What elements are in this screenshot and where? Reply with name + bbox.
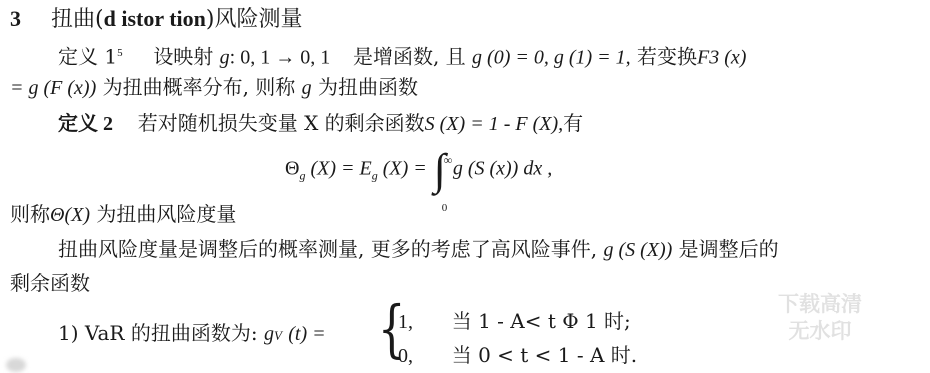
integral-upper-limit: ∞	[444, 140, 453, 180]
section-heading: 3 扭曲(d istor tion)风险测量	[10, 6, 302, 33]
mapping-expr: : 0, 1 → 0, 1	[230, 47, 331, 69]
para-1-text-a: 则称	[10, 202, 50, 226]
definition-1-line2-end: 为扭曲函数	[318, 75, 418, 99]
definition-1: 定义 15 设映射 g: 0, 1 → 0, 1 是增函数, 且 g (0) =…	[58, 40, 746, 71]
section-title-suffix: )风险测量	[206, 7, 303, 32]
theta-symbol: Θ	[285, 158, 299, 180]
adjusted-survival-expr: g (S (X))	[603, 239, 672, 261]
para-2-line2: 剩余函数	[10, 271, 90, 295]
integral-sign: ∫ ∞ 0	[434, 150, 446, 190]
g-v-symbol: g	[264, 323, 274, 345]
section-number: 3	[10, 6, 21, 31]
section-title-latin: d istor tion	[104, 6, 206, 31]
paragraph-risk-measure: 则称Θ(X) 为扭曲风险度量	[10, 201, 236, 228]
case-1: 1, 当 1 - A< t Φ 1 时;	[398, 305, 631, 334]
definition-1-text-b: 是增函数, 且	[353, 45, 466, 69]
para-2-line1-text: 扭曲风险度量是调整后的概率测量, 更多的考虑了高风险事件,	[58, 237, 597, 261]
definition-1-text-a: 设映射	[153, 45, 213, 69]
para-2-line1-end: 是调整后的	[679, 237, 779, 261]
section-title-prefix: 扭曲(	[51, 7, 104, 32]
formula-mid: (X) =	[383, 158, 432, 180]
transform-expr: F3 (x)	[697, 47, 746, 69]
formula-lhs: (X) =	[310, 158, 359, 180]
function-arg: (t) =	[288, 323, 325, 345]
definition-2-end: 有	[563, 111, 583, 135]
scan-artifact	[6, 358, 26, 372]
case-1-condition: 当 1 - A< t Φ 1 时;	[452, 309, 631, 333]
paragraph-explanation: 扭曲风险度量是调整后的概率测量, 更多的考虑了高风险事件, g (S (X)) …	[58, 236, 779, 263]
g-symbol: g	[220, 47, 230, 69]
definition-2: 定义 2 若对随机损失变量 X 的剩余函数S (X) = 1 - F (X),有	[58, 110, 583, 137]
boundary-conditions: g (0) = 0, g (1) = 1,	[472, 47, 631, 69]
watermark-line-1: 下载高清	[778, 291, 862, 318]
watermark-line-2: 无水印	[778, 318, 862, 345]
definition-2-text: 若对随机损失变量 X 的剩余函数	[138, 111, 425, 135]
case-2-condition: 当 0 < t < 1 - A 时.	[452, 343, 637, 367]
definition-1-continued: = g (F (x)) 为扭曲概率分布, 则称 g 为扭曲函数	[10, 74, 418, 101]
integral-lower-limit: 0	[442, 188, 448, 228]
item-1-label: 1) VaR 的扭曲函数为:	[58, 321, 258, 345]
theta-expr: Θ(X)	[50, 204, 90, 226]
expectation-symbol: E	[360, 158, 372, 180]
definition-1-text-c: 若变换	[637, 45, 697, 69]
var-distortion-label: 1) VaR 的扭曲函数为: gV (t) =	[58, 320, 326, 349]
watermark: 下载高清 无水印	[778, 291, 862, 345]
theta-subscript: g	[299, 169, 305, 183]
g-v-subscript: V	[274, 328, 282, 343]
distorted-distribution-expr: = g (F (x))	[10, 77, 96, 99]
definition-1-line2-text: 为扭曲概率分布, 则称	[103, 75, 296, 99]
para-1-text-b: 为扭曲风险度量	[96, 202, 236, 226]
definition-1-label: 定义 1	[58, 45, 117, 69]
case-2-value: 0,	[398, 345, 413, 367]
definition-2-label: 定义 2	[58, 113, 113, 135]
case-1-value: 1,	[398, 311, 413, 333]
distortion-risk-formula: Θg (X) = Eg (X) = ∫ ∞ 0 g (S (x)) dx ,	[285, 150, 552, 190]
g-symbol: g	[302, 77, 312, 99]
integrand: g (S (x)) dx ,	[453, 158, 552, 180]
case-2: 0, 当 0 < t < 1 - A 时.	[398, 339, 637, 368]
survival-function-expr: S (X) = 1 - F (X),	[425, 113, 563, 135]
citation-ref: 5	[117, 47, 123, 59]
paragraph-explanation-continued: 剩余函数	[10, 270, 90, 296]
expectation-subscript: g	[372, 169, 378, 183]
